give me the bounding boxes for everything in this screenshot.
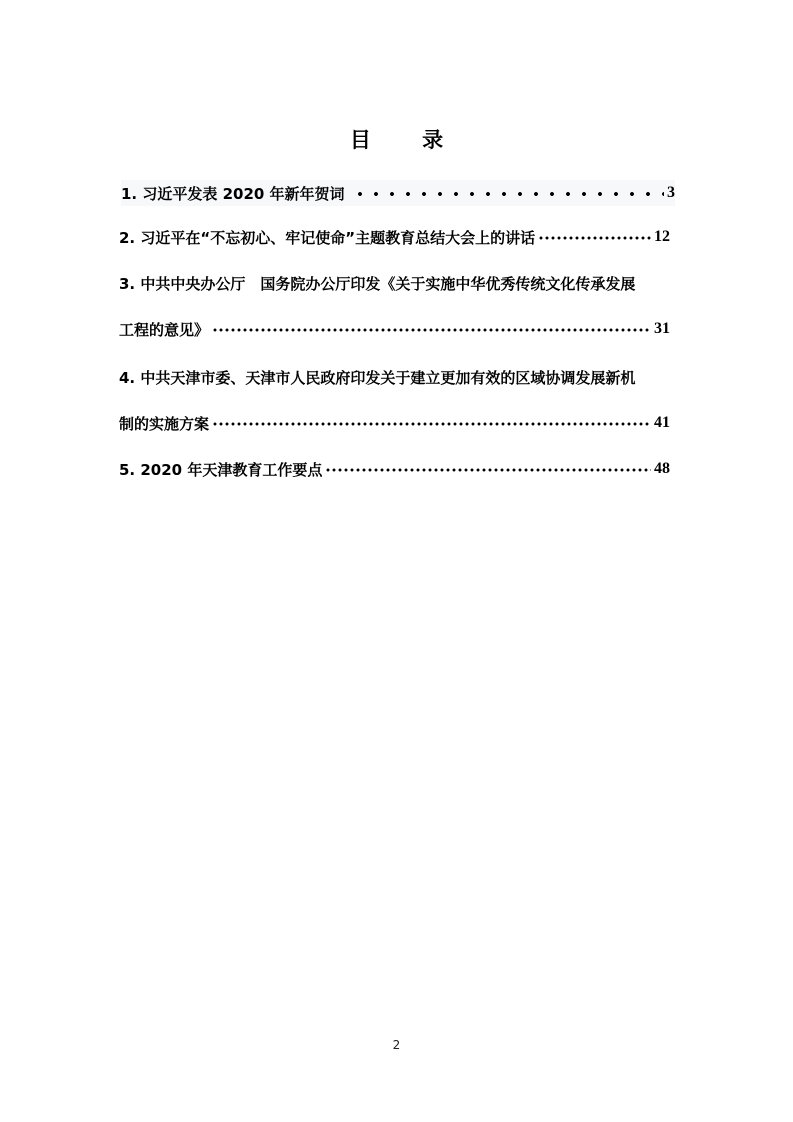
toc-entry-3[interactable]: 3. 中共中央办公厅 国务院办公厅印发《关于实施中华优秀传统文化传承发展	[119, 270, 670, 296]
dot-leader	[212, 316, 651, 342]
toc-entry-page: 31	[654, 320, 670, 338]
page-number: 2	[0, 1038, 793, 1052]
toc-entry-2[interactable]: 2. 习近平在“不忘初心、牢记使命”主题教育总结大会上的讲话 12	[119, 224, 670, 250]
dot-leader	[325, 456, 651, 482]
toc-entry-page: 12	[654, 228, 670, 246]
toc-entry-3-continuation[interactable]: 工程的意见》 31	[119, 316, 670, 342]
toc-entry-text: 5. 2020 年天津教育工作要点	[119, 459, 322, 480]
toc-entry-text: 制的实施方案	[119, 413, 209, 434]
toc-entry-text: 4. 中共天津市委、天津市人民政府印发关于建立更加有效的区域协调发展新机	[119, 367, 635, 388]
toc-entry-4-continuation[interactable]: 制的实施方案 41	[119, 410, 670, 436]
toc-title: 目 录	[0, 124, 793, 154]
toc-entry-page: 48	[654, 460, 670, 478]
toc-entry-text: 3. 中共中央办公厅 国务院办公厅印发《关于实施中华优秀传统文化传承发展	[119, 273, 635, 294]
toc-entry-page: 3	[667, 184, 675, 202]
toc-entry-text: 2. 习近平在“不忘初心、牢记使命”主题教育总结大会上的讲话	[119, 227, 535, 248]
dot-leader	[212, 410, 651, 436]
toc-entry-text: 1. 习近平发表 2020 年新年贺词	[121, 183, 345, 204]
toc-entry-page: 41	[654, 414, 670, 432]
dot-leader	[538, 224, 651, 250]
toc-entry-1[interactable]: 1. 习近平发表 2020 年新年贺词 3	[121, 180, 675, 206]
dot-leader	[348, 180, 664, 206]
toc-entry-text: 工程的意见》	[119, 319, 209, 340]
toc-entry-5[interactable]: 5. 2020 年天津教育工作要点 48	[119, 456, 670, 482]
toc-entry-4[interactable]: 4. 中共天津市委、天津市人民政府印发关于建立更加有效的区域协调发展新机	[119, 364, 670, 390]
